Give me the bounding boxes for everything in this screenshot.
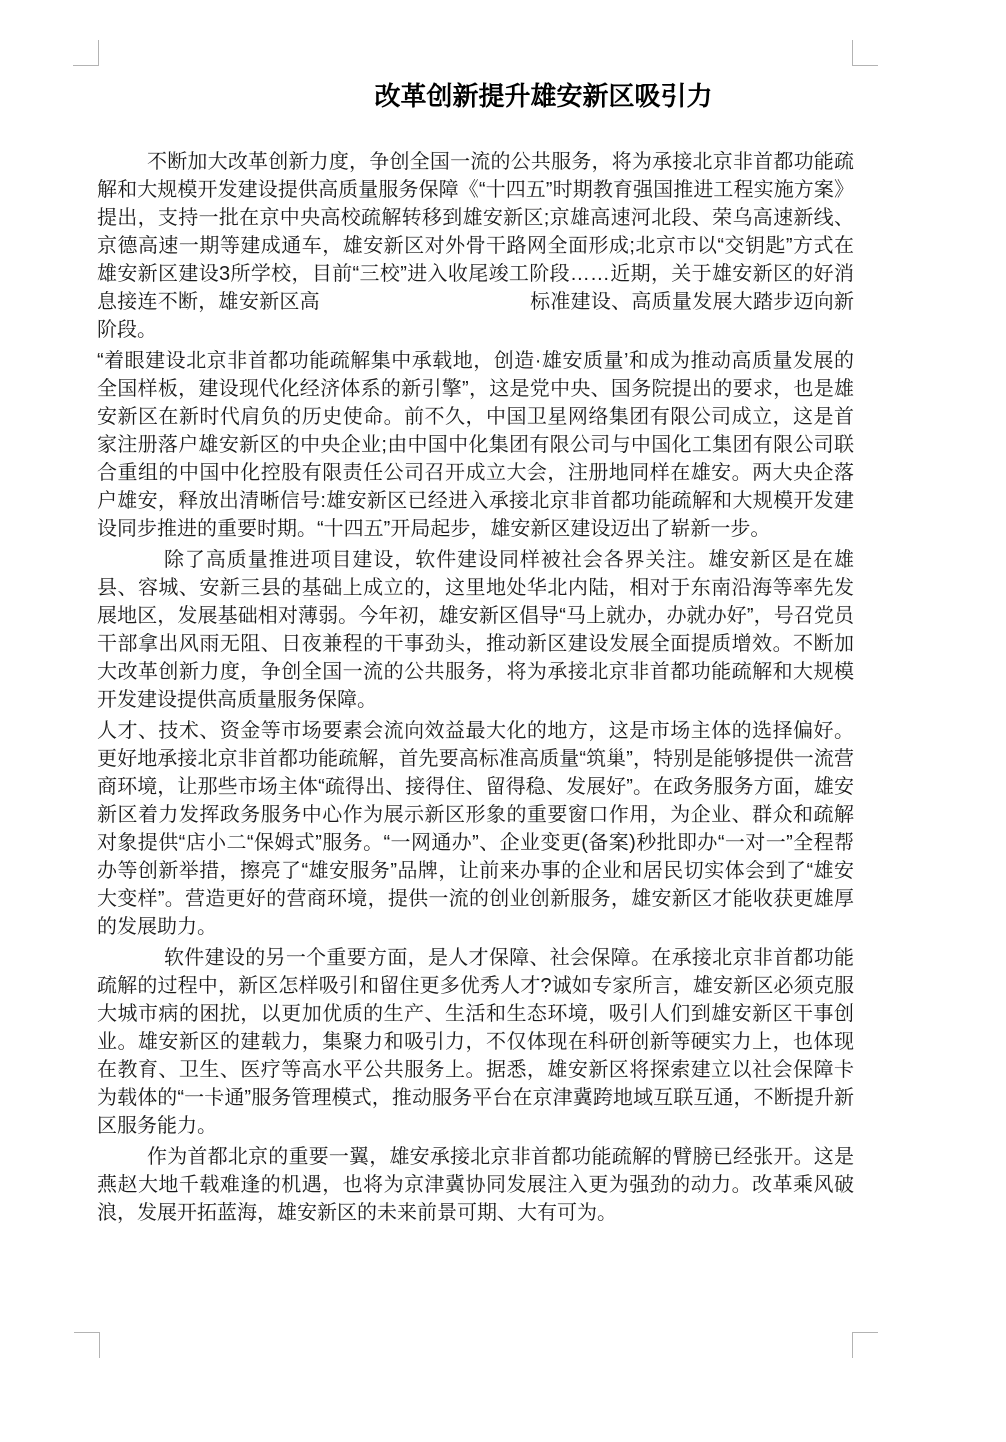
paragraph-4: 人才、技术、资金等市场要素会流向效益最大化的地方，这是市场主体的选择偏好。更好地…	[97, 717, 854, 941]
document-body: 改革创新提升雄安新区吸引力 不断加大改革创新力度，争创全国一流的公共服务，将为承…	[97, 76, 854, 1230]
document-title: 改革创新提升雄安新区吸引力	[165, 76, 922, 116]
margin-corner-mark-bottom-right	[852, 1332, 878, 1358]
document-page: 改革创新提升雄安新区吸引力 不断加大改革创新力度，争创全国一流的公共服务，将为承…	[0, 0, 1006, 1442]
inline-blank-gap	[320, 307, 530, 308]
margin-corner-mark-bottom-left	[74, 1332, 100, 1358]
paragraph-6: 作为首都北京的重要一翼，雄安承接北京非首都功能疏解的臂膀已经张开。这是燕赵大地千…	[97, 1143, 854, 1227]
margin-corner-mark-top-left	[73, 40, 99, 66]
margin-corner-mark-top-right	[852, 40, 878, 66]
paragraph-5: 软件建设的另一个重要方面，是人才保障、社会保障。在承接北京非首都功能疏解的过程中…	[97, 944, 854, 1140]
paragraph-3: 除了高质量推进项目建设，软件建设同样被社会各界关注。雄安新区是在雄县、容城、安新…	[97, 546, 854, 714]
paragraph-2: “着眼建设北京非首都功能疏解集中承载地，创造·雄安质量’和成为推动高质量发展的全…	[97, 347, 854, 543]
paragraph-1: 不断加大改革创新力度，争创全国一流的公共服务，将为承接北京非首都功能疏解和大规模…	[97, 148, 854, 344]
paragraph-1-text-before-gap: 不断加大改革创新力度，争创全国一流的公共服务，将为承接北京非首都功能疏解和大规模…	[97, 151, 854, 313]
